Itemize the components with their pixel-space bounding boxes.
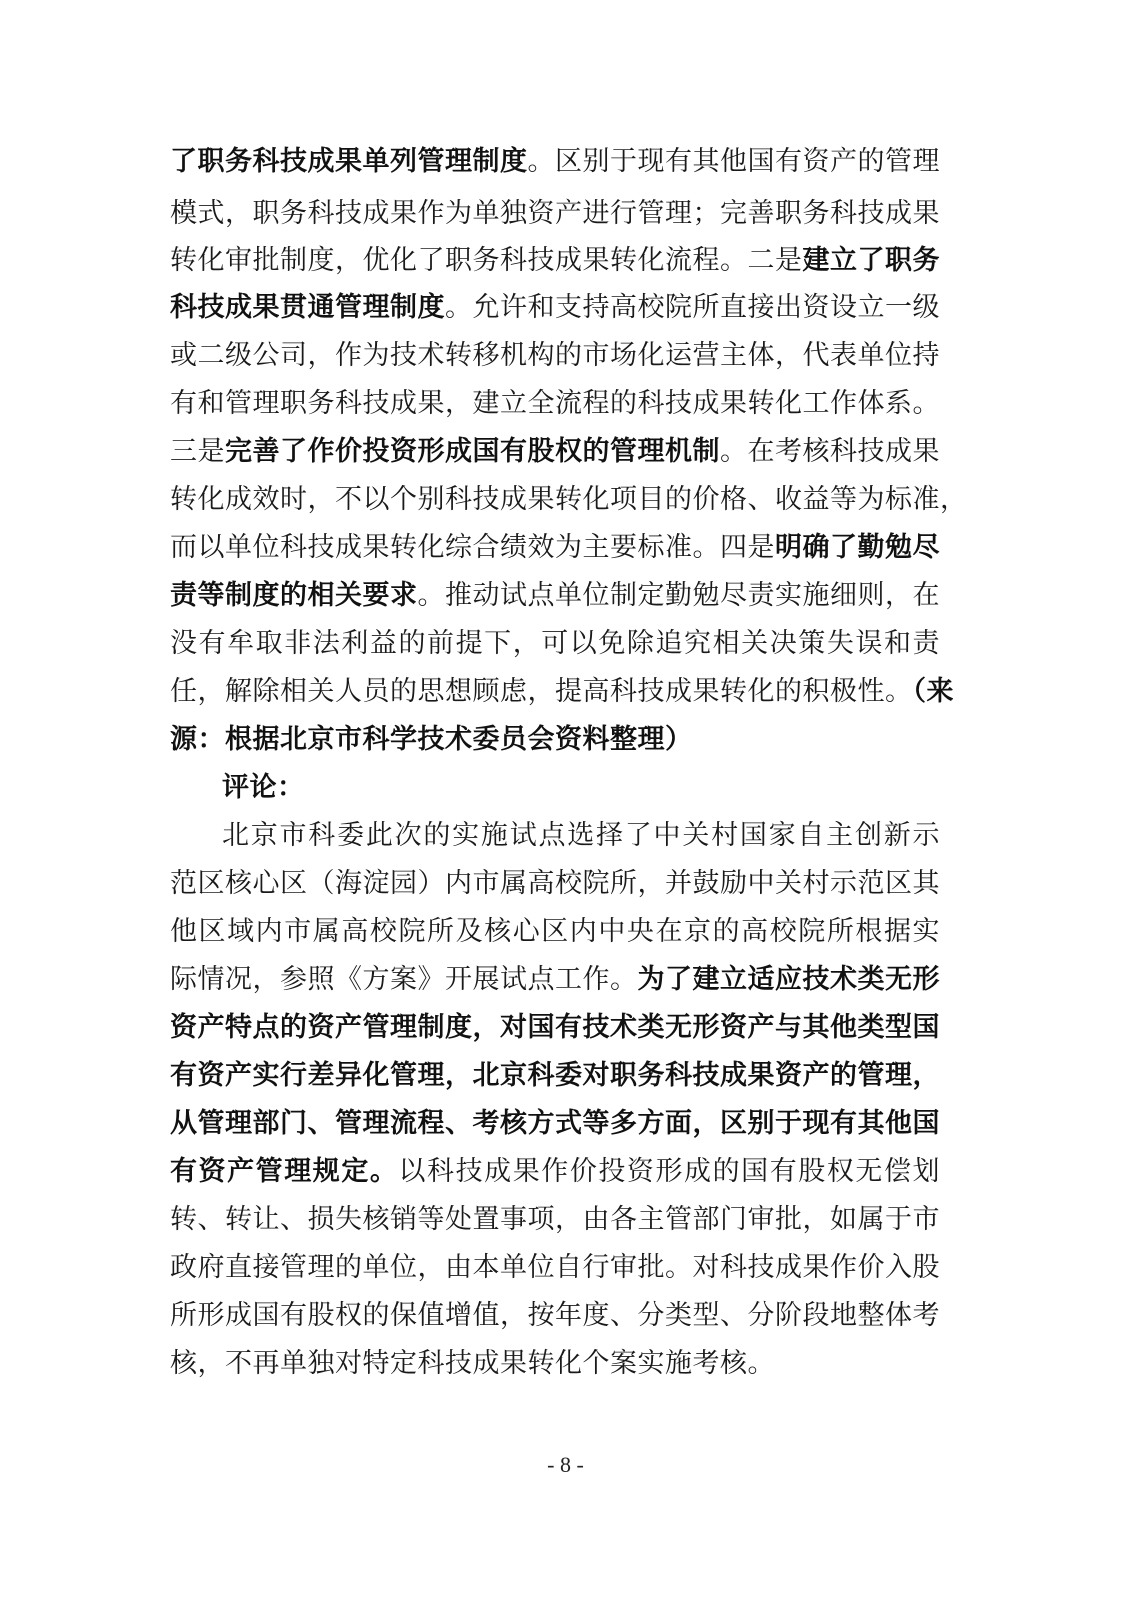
body-text: 际情况，参照《方案》开展试点工作。 <box>170 964 638 995</box>
text-line-15: 北京市科委此次的实施试点选择了中关村国家自主创新示 <box>222 816 940 856</box>
text-line-12: 任，解除相关人员的思想顾虑，提高科技成果转化的积极性。（来 <box>170 672 940 712</box>
body-text: 所形成国有股权的保值增值，按年度、分类型、分阶段地整体考 <box>170 1300 940 1331</box>
page-number: - 8 - <box>0 1452 1131 1478</box>
text-line-7: 三是完善了作价投资形成国有股权的管理机制。在考核科技成果 <box>170 432 940 472</box>
text-line-20: 有资产实行差异化管理，北京科委对职务科技成果资产的管理， <box>170 1056 940 1096</box>
body-text: 政府直接管理的单位，由本单位自行审批。对科技成果作价入股 <box>170 1252 940 1283</box>
bold-emphasis-text: 从管理部门、管理流程、考核方式等多方面，区别于现有其他国 <box>170 1108 940 1139</box>
bold-heading-text: 科技成果贯通管理制度 <box>170 292 445 323</box>
bold-emphasis-text: 为了建立适应技术类无形 <box>638 964 941 995</box>
body-text: 核，不再单独对特定科技成果转化个案实施考核。 <box>170 1348 775 1379</box>
body-text: 没有牟取非法利益的前提下，可以免除追究相关决策失误和责 <box>170 628 940 659</box>
bold-heading-text: 完善了作价投资形成国有股权的管理机制 <box>225 436 720 467</box>
body-text: 转、转让、损失核销等处置事项，由各主管部门审批，如属于市 <box>170 1204 940 1235</box>
source-citation-text: 源：根据北京市科学技术委员会资料整理） <box>170 724 693 755</box>
text-line-5: 或二级公司，作为技术转移机构的市场化运营主体，代表单位持 <box>170 336 940 376</box>
body-text: 。在考核科技成果 <box>720 436 940 467</box>
body-text: 而以单位科技成果转化综合绩效为主要标准。四是 <box>170 532 775 563</box>
bold-heading-text: 了职务科技成果单列管理制度 <box>170 146 528 177</box>
body-text: 以科技成果作价投资形成的国有股权无偿划 <box>398 1156 940 1187</box>
text-line-18: 际情况，参照《方案》开展试点工作。为了建立适应技术类无形 <box>170 960 940 1000</box>
text-line-22: 有资产管理规定。以科技成果作价投资形成的国有股权无偿划 <box>170 1152 940 1192</box>
text-line-23: 转、转让、损失核销等处置事项，由各主管部门审批，如属于市 <box>170 1200 940 1240</box>
text-line-2: 模式，职务科技成果作为单独资产进行管理；完善职务科技成果 <box>170 194 940 234</box>
text-line-10: 责等制度的相关要求。推动试点单位制定勤勉尽责实施细则，在 <box>170 576 940 616</box>
text-line-1: 了职务科技成果单列管理制度。区别于现有其他国有资产的管理 <box>170 142 940 182</box>
text-line-24: 政府直接管理的单位，由本单位自行审批。对科技成果作价入股 <box>170 1248 940 1288</box>
body-text: 北京市科委此次的实施试点选择了中关村国家自主创新示 <box>222 820 940 851</box>
body-text: 转化审批制度，优化了职务科技成果转化流程。二是 <box>170 245 803 276</box>
body-text: 有和管理职务科技成果，建立全流程的科技成果转化工作体系。 <box>170 388 940 419</box>
text-line-11: 没有牟取非法利益的前提下，可以免除追究相关决策失误和责 <box>170 624 940 664</box>
text-line-17: 他区域内市属高校院所及核心区内中央在京的高校院所根据实 <box>170 912 940 952</box>
body-text: 或二级公司，作为技术转移机构的市场化运营主体，代表单位持 <box>170 340 940 371</box>
body-text: 范区核心区（海淀园）内市属高校院所，并鼓励中关村示范区其 <box>170 868 940 899</box>
body-text: 转化成效时，不以个别科技成果转化项目的价格、收益等为标准， <box>170 484 968 515</box>
text-line-6: 有和管理职务科技成果，建立全流程的科技成果转化工作体系。 <box>170 384 940 424</box>
body-text: 任，解除相关人员的思想顾虑，提高科技成果转化的积极性。 <box>170 676 913 707</box>
document-page: 了职务科技成果单列管理制度。区别于现有其他国有资产的管理 模式，职务科技成果作为… <box>0 0 1131 1600</box>
text-line-19: 资产特点的资产管理制度，对国有技术类无形资产与其他类型国 <box>170 1008 940 1048</box>
bold-heading-text: 明确了勤勉尽 <box>775 532 940 563</box>
text-line-3: 转化审批制度，优化了职务科技成果转化流程。二是建立了职务 <box>170 241 940 281</box>
text-line-8: 转化成效时，不以个别科技成果转化项目的价格、收益等为标准， <box>170 480 940 520</box>
text-line-25: 所形成国有股权的保值增值，按年度、分类型、分阶段地整体考 <box>170 1296 940 1336</box>
body-text: 他区域内市属高校院所及核心区内中央在京的高校院所根据实 <box>170 916 940 947</box>
bold-emphasis-text: 有资产管理规定。 <box>170 1156 398 1187</box>
text-line-13: 源：根据北京市科学技术委员会资料整理） <box>170 720 940 760</box>
comment-heading: 评论： <box>222 768 940 808</box>
text-line-4: 科技成果贯通管理制度。允许和支持高校院所直接出资设立一级 <box>170 288 940 328</box>
bold-heading-text: 建立了职务 <box>803 245 941 276</box>
body-text: 三是 <box>170 436 225 467</box>
body-text: 。区别于现有其他国有资产的管理 <box>528 146 941 177</box>
text-line-21: 从管理部门、管理流程、考核方式等多方面，区别于现有其他国 <box>170 1104 940 1144</box>
body-text: 。允许和支持高校院所直接出资设立一级 <box>445 292 940 323</box>
body-text: 。推动试点单位制定勤勉尽责实施细则，在 <box>418 580 941 611</box>
section-heading: 评论： <box>222 772 305 803</box>
bold-heading-text: 责等制度的相关要求 <box>170 580 418 611</box>
text-line-16: 范区核心区（海淀园）内市属高校院所，并鼓励中关村示范区其 <box>170 864 940 904</box>
bold-emphasis-text: 资产特点的资产管理制度，对国有技术类无形资产与其他类型国 <box>170 1012 940 1043</box>
bold-emphasis-text: 有资产实行差异化管理，北京科委对职务科技成果资产的管理， <box>170 1060 940 1091</box>
text-line-9: 而以单位科技成果转化综合绩效为主要标准。四是明确了勤勉尽 <box>170 528 940 568</box>
source-citation-text: （来 <box>913 676 955 707</box>
text-line-26: 核，不再单独对特定科技成果转化个案实施考核。 <box>170 1344 940 1384</box>
body-text: 模式，职务科技成果作为单独资产进行管理；完善职务科技成果 <box>170 198 940 229</box>
